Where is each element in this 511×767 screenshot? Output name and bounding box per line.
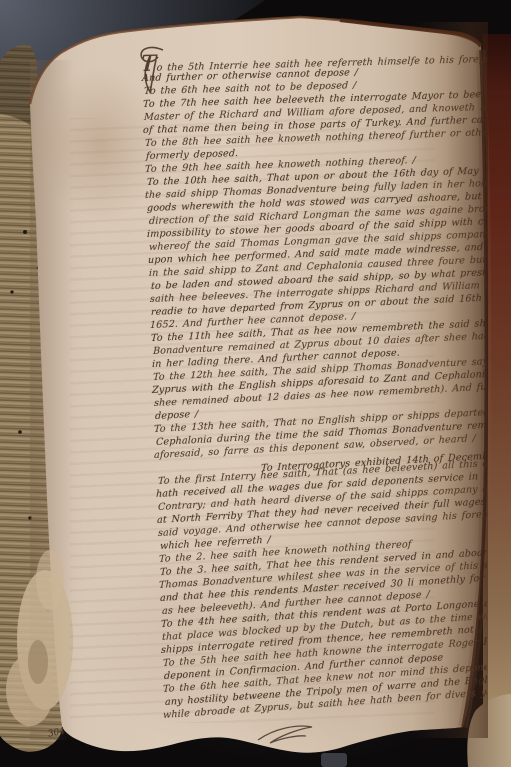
manuscript-line: formerly deposed. [146,148,239,162]
photo-background: To the 5th Interrie hee saith hee referr… [0,0,511,767]
manuscript-line: depose / [155,409,198,422]
manuscript-text: To the 5th Interrie hee saith hee referr… [0,0,487,755]
book-cradle-edge [321,753,347,767]
